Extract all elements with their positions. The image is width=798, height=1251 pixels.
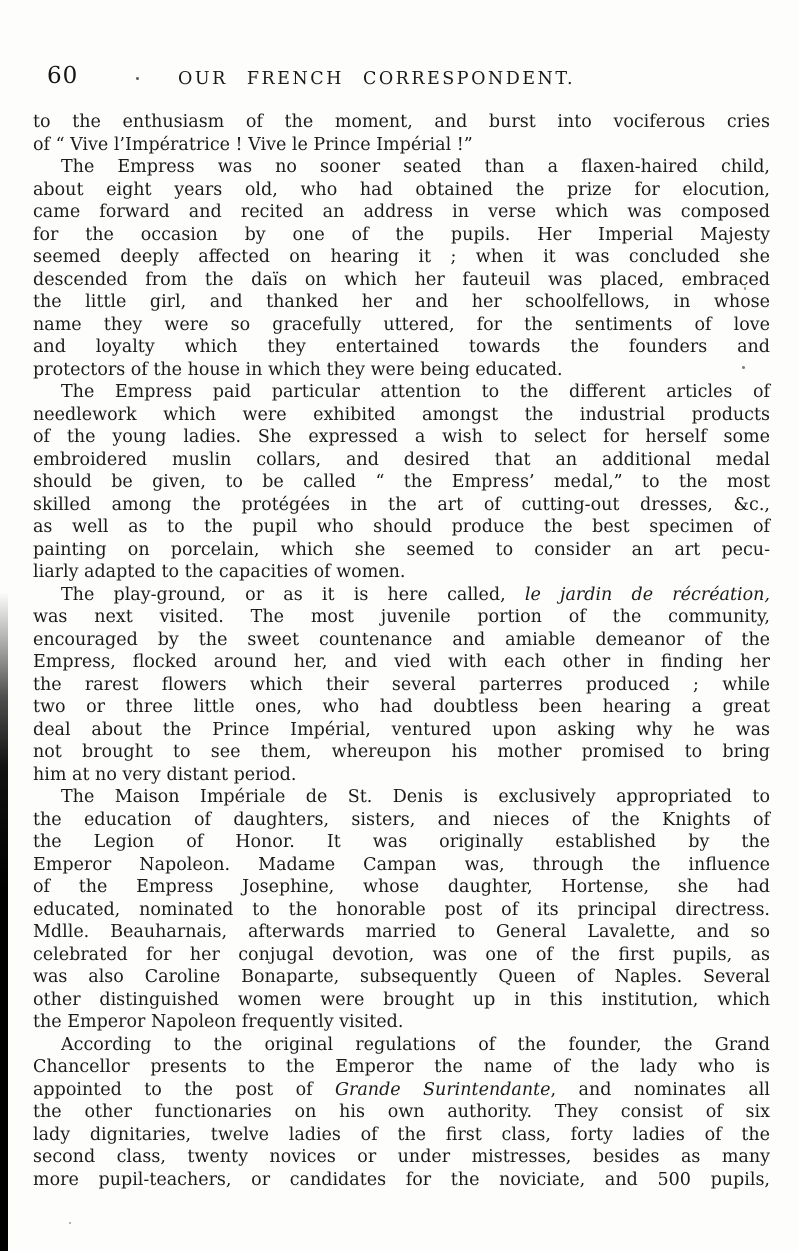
page-gutter-shadow [0,592,8,1251]
text-line: deal about the Prince Impérial, ventured… [33,719,770,742]
scan-speck [136,77,139,80]
page-body: to the enthusiasm of the moment, and bur… [33,111,770,1191]
text-line: of “ Vive l’Impératrice ! Vive le Prince… [33,134,770,157]
text-line: The Empress was no sooner seated than a … [33,156,770,179]
text-line: was next visited. The most juvenile port… [33,606,770,629]
text-line: appointed to the post of Grande Surinten… [33,1079,770,1102]
text-line: needlework which were exhibited amongst … [33,404,770,427]
text-line: encouraged by the sweet countenance and … [33,629,770,652]
text-segment: other distinguished women were brought u… [33,990,770,1010]
text-segment: name they were so gracefully uttered, fo… [33,315,770,335]
text-segment: Chancellor presents to the Emperor the n… [33,1057,770,1077]
text-line: should be given, to be called “ the Empr… [33,471,770,494]
scan-speck [742,366,745,369]
text-segment: seemed deeply affected on hearing it ; w… [33,247,770,267]
text-segment: and loyalty which they entertained towar… [33,337,770,357]
text-segment: lady dignitaries, twelve ladies of the f… [33,1125,770,1145]
text-line: not brought to see them, whereupon his m… [33,741,770,764]
text-line: name they were so gracefully uttered, fo… [33,314,770,337]
italic-phrase: le jardin de récréation, [525,585,770,605]
text-segment: protectors of the house in which they we… [33,360,563,380]
text-segment: to the enthusiasm of the moment, and bur… [33,112,770,132]
text-line: skilled among the protégées in the art o… [33,494,770,517]
text-segment: more pupil-teachers, or candidates for t… [33,1170,770,1190]
text-line: seemed deeply affected on hearing it ; w… [33,246,770,269]
text-line: Empress, flocked around her, and vied wi… [33,651,770,674]
text-line: the other functionaries on his own autho… [33,1101,770,1124]
text-line: According to the original regulations of… [33,1034,770,1057]
text-line: of the Empress Josephine, whose daughter… [33,876,770,899]
text-line: Chancellor presents to the Emperor the n… [33,1056,770,1079]
text-segment: the Legion of Honor. It was originally e… [33,832,770,852]
text-segment: encouraged by the sweet countenance and … [33,630,770,650]
text-segment: second class, twenty novices or under mi… [33,1147,770,1167]
text-line: as well as to the pupil who should produ… [33,516,770,539]
text-line: to the enthusiasm of the moment, and bur… [33,111,770,134]
text-line: came forward and recited an address in v… [33,201,770,224]
text-segment: the little girl, and thanked her and her… [33,292,770,312]
text-line: embroidered muslin collars, and desired … [33,449,770,472]
text-line: the little girl, and thanked her and her… [33,291,770,314]
text-segment: descended from the daïs on which her fau… [33,270,770,290]
text-line: the education of daughters, sisters, and… [33,809,770,832]
text-line: celebrated for her conjugal devotion, wa… [33,944,770,967]
text-segment: needlework which were exhibited amongst … [33,405,770,425]
text-line: other distinguished women were brought u… [33,989,770,1012]
text-segment: deal about the Prince Impérial, ventured… [33,720,770,740]
text-segment: about eight years old, who had obtained … [33,180,770,200]
text-segment: Mdlle. Beauharnais, afterwards married t… [33,922,770,942]
text-line: Mdlle. Beauharnais, afterwards married t… [33,921,770,944]
text-line: two or three little ones, who had doubtl… [33,696,770,719]
text-segment: , and nominates all [551,1080,770,1100]
text-segment: the education of daughters, sisters, and… [33,810,770,830]
text-line: him at no very distant period. [33,764,770,787]
text-line: of the young ladies. She expressed a wis… [33,426,770,449]
text-line: The Maison Impériale de St. Denis is exc… [33,786,770,809]
text-line: The play-ground, or as it is here called… [33,584,770,607]
text-line: and loyalty which they entertained towar… [33,336,770,359]
text-line: second class, twenty novices or under mi… [33,1146,770,1169]
text-line: the Legion of Honor. It was originally e… [33,831,770,854]
text-line: for the occasion by one of the pupils. H… [33,224,770,247]
text-line: the rarest flowers which their several p… [33,674,770,697]
text-segment: of the Empress Josephine, whose daughter… [33,877,770,897]
text-line: descended from the daïs on which her fau… [33,269,770,292]
italic-phrase: Grande Surintendante [335,1080,551,1100]
text-segment: the rarest flowers which their several p… [33,675,770,695]
text-segment: of the young ladies. She expressed a wis… [33,427,770,447]
text-line: was also Caroline Bonaparte, subsequentl… [33,966,770,989]
text-segment: was next visited. The most juvenile port… [33,607,770,627]
text-line: more pupil-teachers, or candidates for t… [33,1169,770,1192]
scanned-page: 60 OUR FRENCH CORRESPONDENT. to the enth… [0,0,798,1251]
text-segment: came forward and recited an address in v… [33,202,770,222]
text-segment: not brought to see them, whereupon his m… [33,742,770,762]
text-line: protectors of the house in which they we… [33,359,770,382]
text-segment: as well as to the pupil who should produ… [33,517,770,537]
text-segment: The play-ground, or as it is here called… [61,585,525,605]
text-segment: embroidered muslin collars, and desired … [33,450,770,470]
text-segment: the other functionaries on his own autho… [33,1102,770,1122]
running-title: OUR FRENCH CORRESPONDENT. [178,69,575,89]
text-segment: painting on porcelain, which she seemed … [33,540,770,560]
scan-speck [69,1222,71,1224]
text-line: Emperor Napoleon. Madame Campan was, thr… [33,854,770,877]
text-segment: Emperor Napoleon. Madame Campan was, thr… [33,855,770,875]
text-segment: him at no very distant period. [33,765,296,785]
text-segment: The Empress paid particular attention to… [61,382,770,402]
text-segment: two or three little ones, who had doubtl… [33,697,770,717]
text-segment: According to the original regulations of… [61,1035,770,1055]
text-line: liarly adapted to the capacities of wome… [33,561,770,584]
text-segment: for the occasion by one of the pupils. H… [33,225,770,245]
text-segment: The Empress was no sooner seated than a … [61,157,770,177]
text-line: lady dignitaries, twelve ladies of the f… [33,1124,770,1147]
text-line: the Emperor Napoleon frequently visited. [33,1011,770,1034]
text-segment: educated, nominated to the honorable pos… [33,900,770,920]
text-segment: was also Caroline Bonaparte, subsequentl… [33,967,770,987]
text-segment: appointed to the post of [33,1080,335,1100]
text-segment: should be given, to be called “ the Empr… [33,472,770,492]
text-segment: liarly adapted to the capacities of wome… [33,562,406,582]
text-line: educated, nominated to the honorable pos… [33,899,770,922]
text-segment: the Emperor Napoleon frequently visited. [33,1012,403,1032]
text-line: painting on porcelain, which she seemed … [33,539,770,562]
text-segment: Empress, flocked around her, and vied wi… [33,652,770,672]
text-line: about eight years old, who had obtained … [33,179,770,202]
text-segment: celebrated for her conjugal devotion, wa… [33,945,770,965]
text-line: The Empress paid particular attention to… [33,381,770,404]
text-segment: skilled among the protégées in the art o… [33,495,770,515]
scan-speck [744,287,746,290]
text-segment: The Maison Impériale de St. Denis is exc… [61,787,770,807]
text-segment: of “ Vive l’Impératrice ! Vive le Prince… [33,135,473,155]
